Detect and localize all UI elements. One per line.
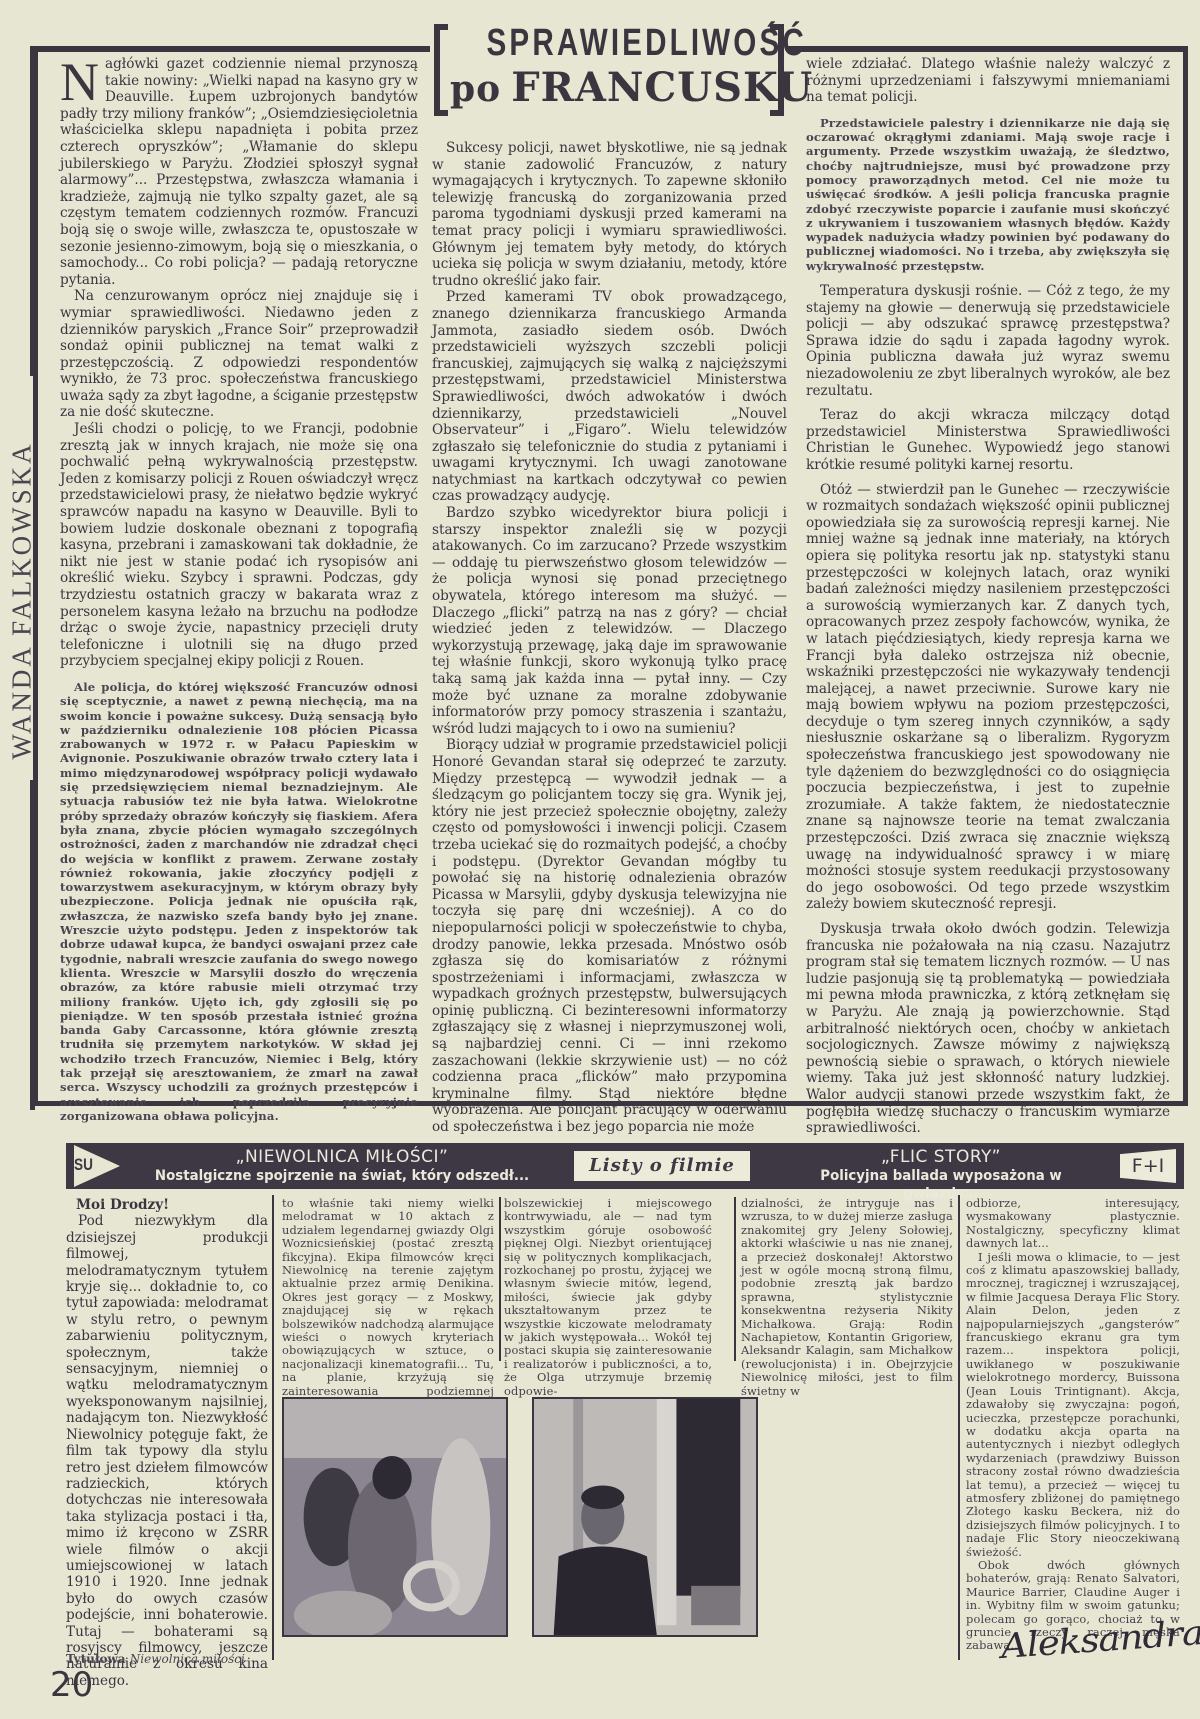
title-line-1: SPRAWIEDLIWOŚĆ <box>487 22 732 65</box>
film-still-niewolnica-milosci <box>282 1397 508 1637</box>
paragraph: Dyskusja trwała około dwóch godzin. Tele… <box>806 921 1170 1137</box>
article-column-2: Sukcesy policji, nawet błyskotliwe, nie … <box>432 140 787 1136</box>
title-main: FRANCUSKU <box>511 64 813 111</box>
paragraph: Jeśli chodzi o policję, to we Francji, p… <box>60 421 418 670</box>
paragraph: Sukcesy policji, nawet błyskotliwe, nie … <box>432 140 787 289</box>
caption-title: Niewolnica miłości <box>130 1652 245 1666</box>
column-rule <box>499 1197 501 1361</box>
film-column-2: to właśnie taki niemy wielki melodramat … <box>282 1197 494 1412</box>
paragraph: Biorący udział w programie przedstawicie… <box>432 737 787 1135</box>
photo-caption: Tytułowa Niewolnica miłości <box>66 1652 245 1666</box>
article-column-3: wiele zdziałać. Dlatego właśnie należy w… <box>806 56 1170 1137</box>
greeting: Moi Drodzy! <box>66 1197 268 1213</box>
title-bracket-left <box>434 24 448 116</box>
column-rule <box>272 1195 274 1660</box>
paragraph: Bardzo szybko wicedyrektor biura policji… <box>432 505 787 737</box>
sidebar-paragraph-lawyers: Przedstawiciele palestry i dziennikarze … <box>806 116 1170 273</box>
title-prefix: po <box>450 68 501 110</box>
paragraph: I jeśli mowa o klimacie, to — jest coś z… <box>966 1251 1180 1559</box>
paragraph-text: agłówki gazet codziennie niemal przynosz… <box>60 56 418 288</box>
fi-badge: F+I <box>1120 1149 1176 1183</box>
paragraph: Przed kamerami TV obok prowadzącego, zna… <box>432 289 787 505</box>
paragraph: Na cenzurowanym oprócz niej znajduje się… <box>60 288 418 421</box>
title-line-2: poFRANCUSKU <box>450 64 768 111</box>
film-subtitle-niewolnica: Nostalgiczne spojrzenie na świat, który … <box>140 1167 545 1185</box>
photo-man-icon <box>534 1399 756 1635</box>
sidebar-paragraph-picasso: Ale policja, do której większość Francuz… <box>60 680 418 1123</box>
film-column-5: odbiorze, interesujący, wysmakowany plas… <box>966 1197 1180 1653</box>
article-column-1: Nagłówki gazet codziennie niemal przynos… <box>60 56 418 1123</box>
film-column-1: Moi Drodzy! Pod niezwykłym dla dzisiejsz… <box>66 1197 268 1689</box>
caption-prefix: Tytułowa <box>66 1652 126 1666</box>
page-number: 20 <box>50 1665 93 1705</box>
title-bracket-right <box>770 24 784 116</box>
film-column-3: bolszewickiej i miejscowego kontrwywiadu… <box>504 1197 712 1398</box>
paragraph: Temperatura dyskusji rośnie. — Cóż z teg… <box>806 283 1170 399</box>
film-title-flic-story: „FLIC STORY” <box>771 1147 1111 1167</box>
article-title: SPRAWIEDLIWOŚĆ poFRANCUSKU <box>430 20 788 116</box>
paragraph: odbiorze, interesujący, wysmakowany plas… <box>966 1197 1180 1251</box>
paragraph: Otóż — stwierdził pan le Gunehec — rzecz… <box>806 482 1170 913</box>
paragraph: Pod niezwykłym dla dzisiejszej produkcji… <box>66 1213 268 1689</box>
column-rule <box>958 1195 960 1660</box>
paragraph: dzialności, że intryguje nas i wzrusza, … <box>741 1197 953 1398</box>
paragraph: to właśnie taki niemy wielki melodramat … <box>282 1197 494 1412</box>
dropcap: N <box>60 60 99 104</box>
banner-left: „NIEWOLNICA MIŁOŚCI” Nostalgiczne spojrz… <box>122 1147 562 1185</box>
film-column-4: dzialności, że intryguje nas i wzrusza, … <box>741 1197 953 1398</box>
paragraph: wiele zdziałać. Dlatego właśnie należy w… <box>806 56 1170 106</box>
banner-right: „FLIC STORY” Policyjna ballada wyposażon… <box>771 1147 1111 1203</box>
film-section-banner: SU „NIEWOLNICA MIŁOŚCI” Nostalgiczne spo… <box>66 1143 1184 1189</box>
paragraph: bolszewickiej i miejscowego kontrwywiadu… <box>504 1197 712 1398</box>
photo-figures-icon <box>284 1399 506 1635</box>
film-title-niewolnica: „NIEWOLNICA MIŁOŚCI” <box>122 1147 562 1167</box>
lead-paragraph: Nagłówki gazet codziennie niemal przynos… <box>60 56 418 288</box>
column-label: Listy o filmie <box>574 1151 750 1181</box>
column-rule <box>734 1197 736 1361</box>
magazine-page: WANDA FALKOWSKA SPRAWIEDLIWOŚĆ poFRANCUS… <box>0 0 1200 1719</box>
paragraph: Teraz do akcji wkracza milczący dotąd pr… <box>806 407 1170 473</box>
film-still-flic-story <box>532 1397 758 1637</box>
su-badge: SU <box>74 1155 93 1175</box>
